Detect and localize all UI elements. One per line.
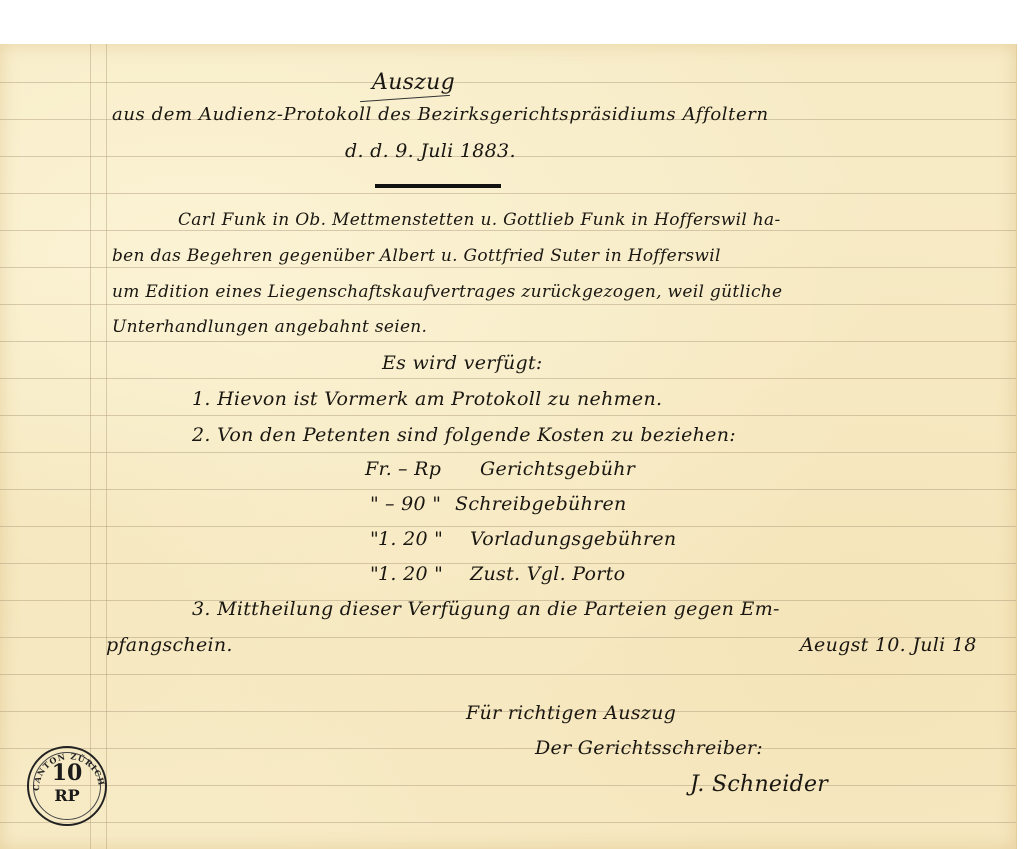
body-line-3: um Edition eines Liegenschaftskaufvertra… xyxy=(112,282,782,302)
cost-amount: 1. 20 " xyxy=(378,528,443,550)
header-line-1: aus dem Audienz-Protokoll des Bezirksger… xyxy=(112,104,769,125)
place-date: Aeugst 10. Juli 18 xyxy=(800,634,977,656)
margin-line-outer xyxy=(90,44,91,849)
cost-label: Schreibgebühren xyxy=(455,493,627,515)
cost-currency: Fr. xyxy=(365,458,392,480)
body-line-2: ben das Begehren gegenüber Albert u. Got… xyxy=(112,246,721,266)
cost-label: Zust. Vgl. Porto xyxy=(470,563,625,585)
signature: J. Schneider xyxy=(690,772,828,797)
cost-label: Vorladungsgebühren xyxy=(470,528,676,550)
document-title: Auszug xyxy=(372,70,455,95)
signatory-title: Der Gerichtsschreiber: xyxy=(535,737,763,759)
stamp-value: 10 xyxy=(29,762,105,784)
decree-intro: Es wird verfügt: xyxy=(382,352,543,374)
cost-currency: " xyxy=(370,493,379,515)
cost-amount: 1. 20 " xyxy=(378,563,443,585)
cost-amount: – 90 " xyxy=(385,493,441,515)
body-line-1: Carl Funk in Ob. Mettmenstetten u. Gottl… xyxy=(178,210,781,230)
certification-line: Für richtigen Auszug xyxy=(466,702,676,724)
decree-item-3-line-2: pfangschein. xyxy=(106,634,233,656)
stamp-unit: RP xyxy=(29,786,105,805)
header-divider xyxy=(375,184,501,188)
cost-amount: – Rp xyxy=(398,458,441,480)
ruled-lines xyxy=(0,44,1016,849)
decree-item-1: 1. Hievon ist Vormerk am Protokoll zu ne… xyxy=(192,388,662,410)
decree-item-3-line-1: 3. Mittheilung dieser Verfügung an die P… xyxy=(192,598,780,620)
header-date: d. d. 9. Juli 1883. xyxy=(345,140,516,162)
body-line-4: Unterhandlungen angebahnt seien. xyxy=(112,317,427,337)
document-paper xyxy=(0,44,1017,849)
cost-label: Gerichtsgebühr xyxy=(480,458,635,480)
margin-line-inner xyxy=(106,44,107,849)
canton-zurich-stamp: CANTON ZÜRICH 10 RP xyxy=(27,746,107,826)
decree-item-2: 2. Von den Petenten sind folgende Kosten… xyxy=(192,424,736,446)
